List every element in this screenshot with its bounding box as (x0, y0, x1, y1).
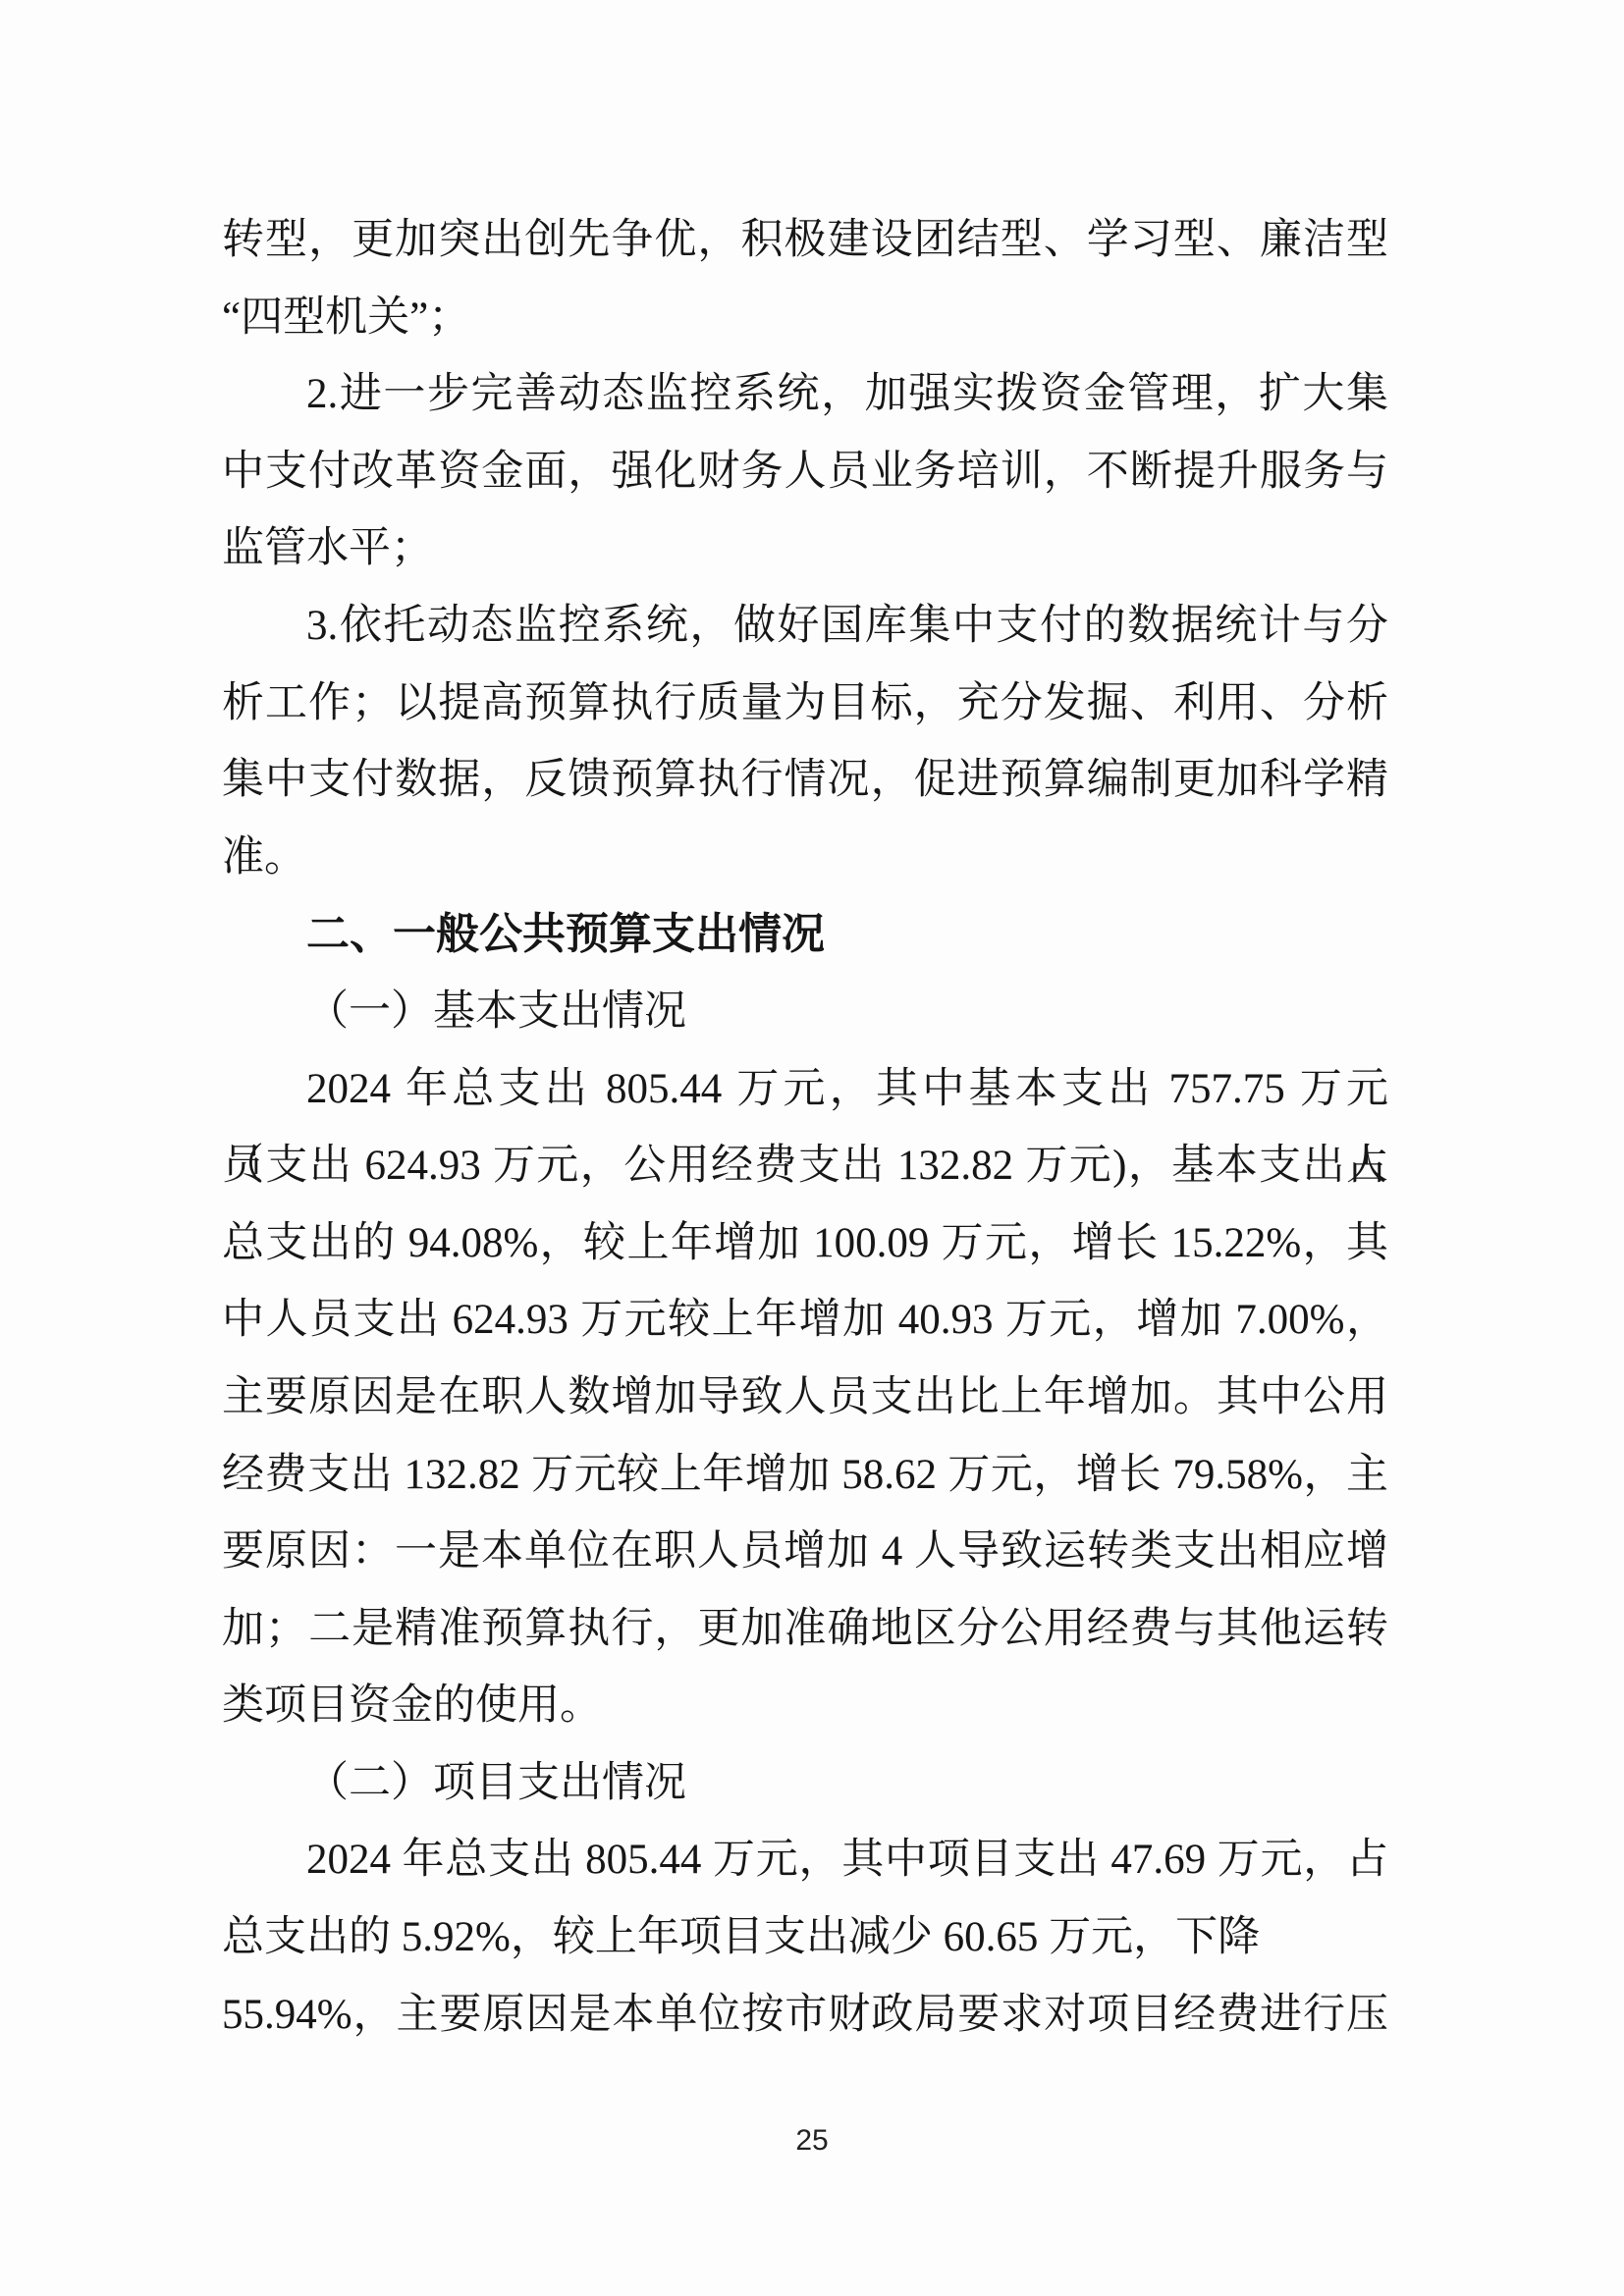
text-line: 主要原因是在职人数增加导致人员支出比上年增加。其中公用 (222, 1360, 1388, 1437)
text-line: 2024 年总支出 805.44 万元，其中项目支出 47.69 万元，占 (222, 1822, 1388, 1899)
text-line: 准。 (222, 820, 1388, 897)
text-line: 3.依托动态监控系统，做好国库集中支付的数据统计与分 (222, 588, 1388, 666)
text-line: 2.进一步完善动态监控系统，加强实拨资金管理，扩大集 (222, 356, 1388, 434)
text-line: 监管水平； (222, 510, 1388, 588)
text-line: 析工作；以提高预算执行质量为目标，充分发掘、利用、分析 (222, 666, 1388, 743)
text-line: 要原因：一是本单位在职人员增加 4 人导致运转类支出相应增 (222, 1514, 1388, 1591)
text-line: 类项目资金的使用。 (222, 1668, 1388, 1745)
text-line: 2024 年总支出 805.44 万元，其中基本支出 757.75 万元（人 (222, 1051, 1388, 1129)
text-line: “四型机关”； (222, 280, 1388, 357)
text-line: 集中支付数据，反馈预算执行情况，促进预算编制更加科学精 (222, 742, 1388, 820)
text-line: 加；二是精准预算执行，更加准确地区分公用经费与其他运转 (222, 1591, 1388, 1669)
text-line: 中支付改革资金面，强化财务人员业务培训，不断提升服务与 (222, 434, 1388, 511)
section-heading: 二、一般公共预算支出情况 (222, 896, 1388, 974)
document-page: 转型，更加突出创先争优，积极建设团结型、学习型、廉洁型 “四型机关”； 2.进一… (0, 0, 1624, 2296)
text-line: 员支出 624.93 万元，公用经费支出 132.82 万元)，基本支出占 (222, 1128, 1388, 1205)
subsection-heading: （一）基本支出情况 (222, 974, 1388, 1051)
text-line: 中人员支出 624.93 万元较上年增加 40.93 万元，增加 7.00%， (222, 1282, 1388, 1360)
text-line: 转型，更加突出创先争优，积极建设团结型、学习型、廉洁型 (222, 202, 1388, 280)
subsection-heading: （二）项目支出情况 (222, 1745, 1388, 1823)
document-body: 转型，更加突出创先争优，积极建设团结型、学习型、廉洁型 “四型机关”； 2.进一… (222, 202, 1388, 2054)
text-line: 总支出的 94.08%，较上年增加 100.09 万元，增长 15.22%，其 (222, 1205, 1388, 1283)
page-footer: 25 (0, 2125, 1624, 2157)
text-line: 总支出的 5.92%，较上年项目支出减少 60.65 万元，下降 (222, 1899, 1388, 1977)
text-line: 经费支出 132.82 万元较上年增加 58.62 万元，增长 79.58%，主 (222, 1437, 1388, 1515)
text-line: 55.94%，主要原因是本单位按市财政局要求对项目经费进行压 (222, 1977, 1388, 2055)
page-number: 25 (795, 2124, 828, 2157)
